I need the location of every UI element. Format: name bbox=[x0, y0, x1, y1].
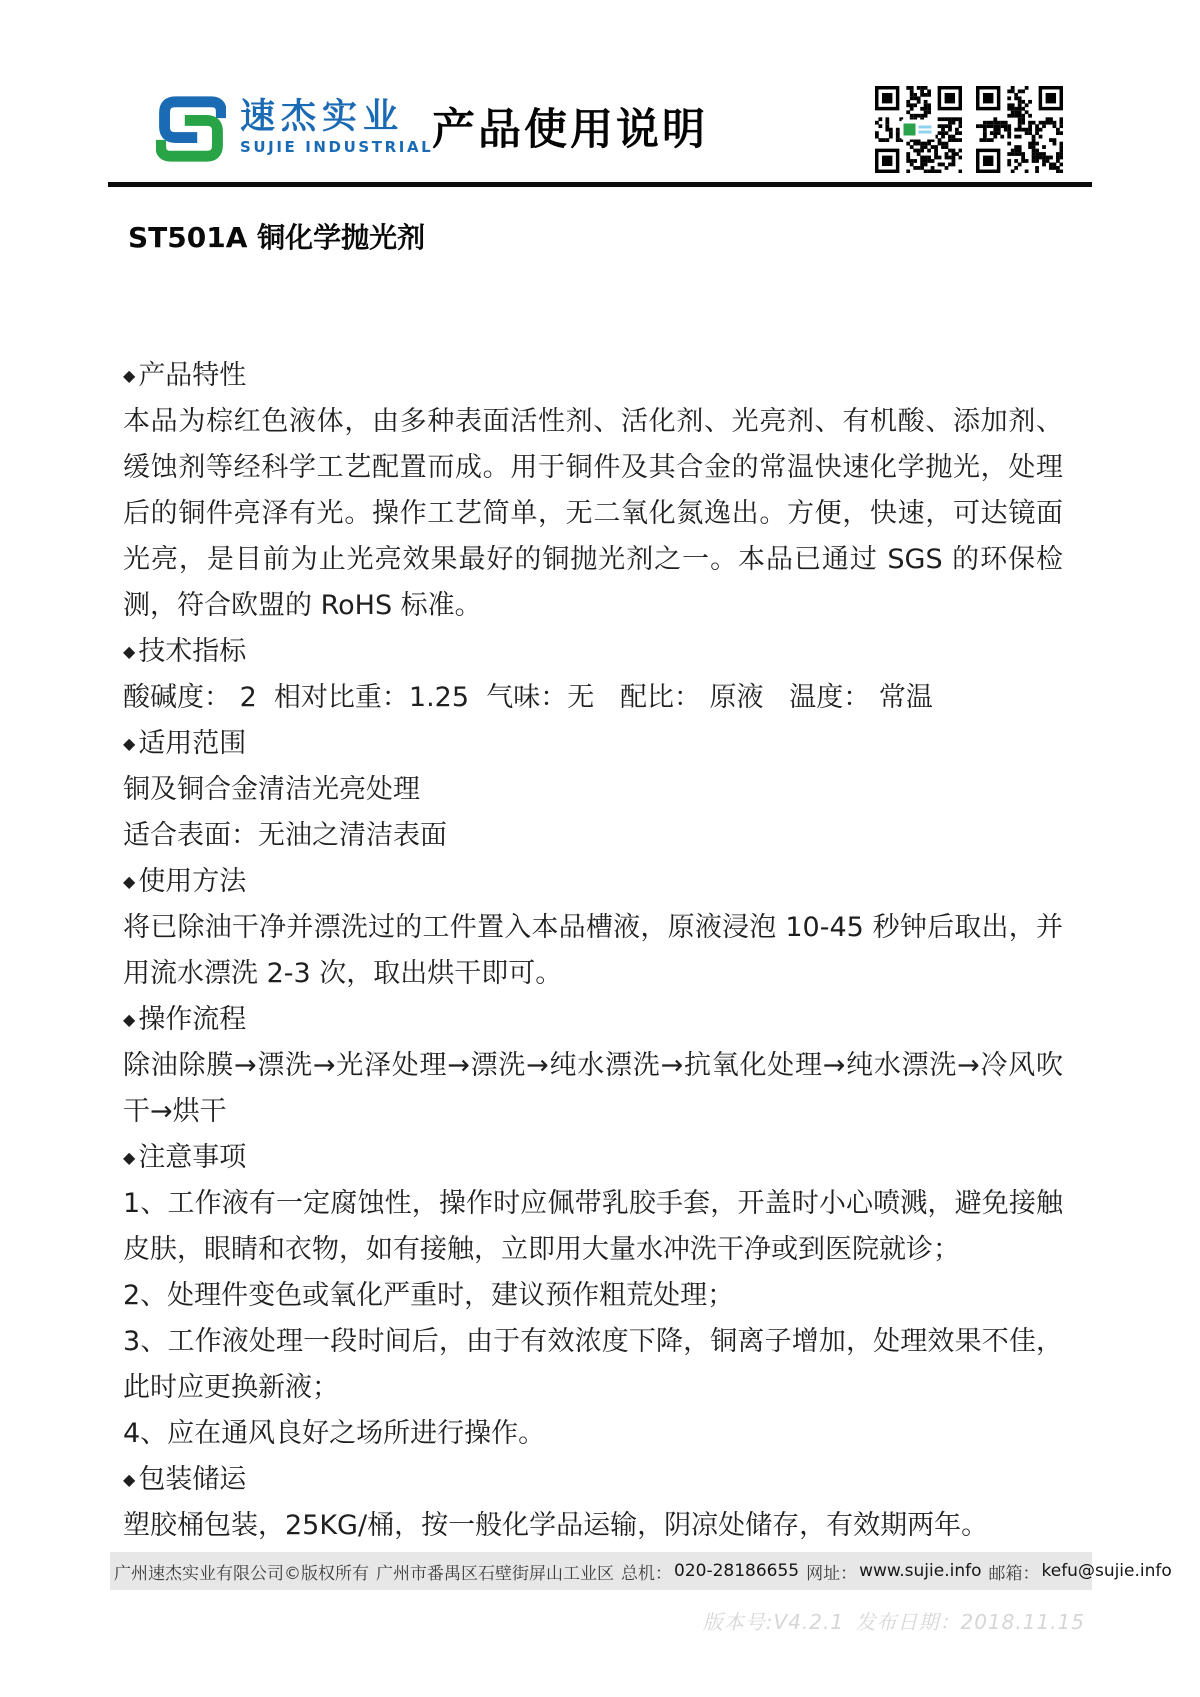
qr-code-group bbox=[875, 86, 1063, 173]
version-line: 版本号:V4.2.1 发布日期：2018.11.15 bbox=[703, 1606, 1085, 1635]
document-body: ◆产品特性本品为棕红色液体，由多种表面活性剂、活化剂、光亮剂、有机酸、添加剂、缓… bbox=[123, 353, 1063, 1549]
footer-web-label: 网址： bbox=[806, 1559, 857, 1584]
section-heading-label: 操作流程 bbox=[138, 997, 246, 1043]
section-heading: ◆适用范围 bbox=[123, 721, 1063, 767]
footer-address: 广州市番禺区石壁街屏山工业区 bbox=[376, 1559, 614, 1584]
diamond-bullet-icon: ◆ bbox=[123, 629, 135, 675]
footer-phone-label: 总机： bbox=[621, 1559, 672, 1584]
body-paragraph: 适合表面：无油之清洁表面 bbox=[123, 813, 1063, 859]
sujie-logo-icon bbox=[156, 94, 226, 164]
version-label: 版本号: bbox=[703, 1610, 774, 1634]
footer-company: 广州速杰实业有限公司©版权所有 bbox=[114, 1559, 369, 1584]
section-heading: ◆使用方法 bbox=[123, 859, 1063, 905]
section-heading: ◆产品特性 bbox=[123, 353, 1063, 399]
release-date-label: 发布日期： bbox=[855, 1610, 960, 1634]
section-heading: ◆技术指标 bbox=[123, 629, 1063, 675]
footer-email-label: 邮箱： bbox=[989, 1559, 1040, 1584]
section-heading-label: 产品特性 bbox=[138, 353, 246, 399]
brand-name-cn: 速杰实业 bbox=[240, 97, 433, 137]
section-heading-label: 适用范围 bbox=[138, 721, 246, 767]
diamond-bullet-icon: ◆ bbox=[123, 353, 135, 399]
page-title: 产品使用说明 bbox=[432, 96, 708, 157]
body-paragraph: 铜及铜合金清洁光亮处理 bbox=[123, 767, 1063, 813]
section-heading: ◆包装储运 bbox=[123, 1457, 1063, 1503]
body-paragraph: 3、工作液处理一段时间后，由于有效浓度下降，铜离子增加，处理效果不佳，此时应更换… bbox=[123, 1319, 1063, 1411]
section-heading-label: 包装储运 bbox=[138, 1457, 246, 1503]
qr-code-left bbox=[875, 86, 962, 173]
section-heading-label: 使用方法 bbox=[138, 859, 246, 905]
body-paragraph: 将已除油干净并漂洗过的工件置入本品槽液，原液浸泡 10-45 秒钟后取出，并用流… bbox=[123, 905, 1063, 997]
section-heading-label: 技术指标 bbox=[138, 629, 246, 675]
release-date-value: 2018.11.15 bbox=[960, 1610, 1085, 1634]
footer-band: 广州速杰实业有限公司©版权所有 广州市番禺区石壁街屏山工业区 总机： 020-2… bbox=[110, 1552, 1092, 1590]
diamond-bullet-icon: ◆ bbox=[123, 1135, 135, 1181]
header-divider bbox=[108, 182, 1092, 187]
product-title: ST501A 铜化学抛光剂 bbox=[128, 216, 425, 256]
body-paragraph: 1、工作液有一定腐蚀性，操作时应佩带乳胶手套，开盖时小心喷溅，避免接触皮肤，眼睛… bbox=[123, 1181, 1063, 1273]
diamond-bullet-icon: ◆ bbox=[123, 721, 135, 767]
diamond-bullet-icon: ◆ bbox=[123, 997, 135, 1043]
diamond-bullet-icon: ◆ bbox=[123, 859, 135, 905]
document-page: 速杰实业 SUJIE INDUSTRIAL 产品使用说明 ST501A 铜化学抛… bbox=[0, 0, 1200, 1697]
body-paragraph: 4、应在通风良好之场所进行操作。 bbox=[123, 1411, 1063, 1457]
brand-name-en: SUJIE INDUSTRIAL bbox=[240, 137, 433, 157]
diamond-bullet-icon: ◆ bbox=[123, 1457, 135, 1503]
version-value: V4.2.1 bbox=[774, 1610, 845, 1634]
body-paragraph: 2、处理件变色或氧化严重时，建议预作粗荒处理； bbox=[123, 1273, 1063, 1319]
body-paragraph: 酸碱度： 2 相对比重：1.25 气味：无 配比： 原液 温度： 常温 bbox=[123, 675, 1063, 721]
body-paragraph: 塑胶桶包装，25KG/桶，按一般化学品运输，阴凉处储存，有效期两年。 bbox=[123, 1503, 1063, 1549]
brand-block: 速杰实业 SUJIE INDUSTRIAL bbox=[240, 97, 433, 157]
section-heading-label: 注意事项 bbox=[138, 1135, 246, 1181]
qr-code-right bbox=[976, 86, 1063, 173]
section-heading: ◆操作流程 bbox=[123, 997, 1063, 1043]
footer-web: www.sujie.info bbox=[859, 1561, 981, 1581]
section-heading: ◆注意事项 bbox=[123, 1135, 1063, 1181]
footer-phone: 020-28186655 bbox=[674, 1561, 799, 1581]
body-paragraph: 本品为棕红色液体，由多种表面活性剂、活化剂、光亮剂、有机酸、添加剂、缓蚀剂等经科… bbox=[123, 399, 1063, 629]
footer-email: kefu@sujie.info bbox=[1042, 1561, 1172, 1581]
body-paragraph: 除油除膜→漂洗→光泽处理→漂洗→纯水漂洗→抗氧化处理→纯水漂洗→冷风吹干→烘干 bbox=[123, 1043, 1063, 1135]
